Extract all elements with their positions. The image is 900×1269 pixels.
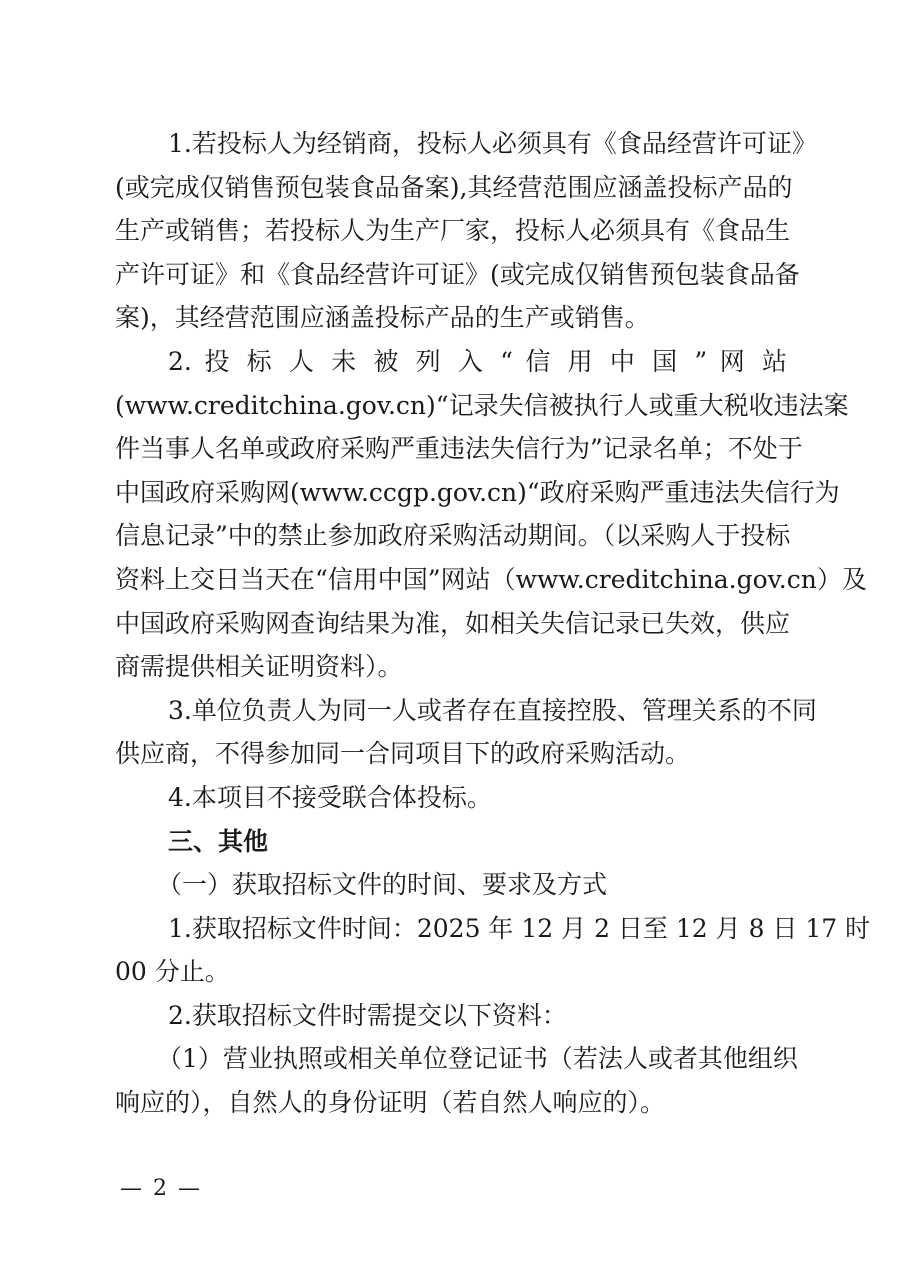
text-line: 产许可证》和《食品经营许可证》(或完成仅销售预包装食品备 xyxy=(115,253,787,297)
page-number: — 2 — xyxy=(120,1176,202,1201)
text-line: 4.本项目不接受联合体投标。 xyxy=(115,776,787,820)
text-line: 2. 投 标 人 未 被 列 入 “ 信 用 中 国 ” 网 站 xyxy=(115,340,787,384)
document-page: 1.若投标人为经销商，投标人必须具有《食品经营许可证》 (或完成仅销售预包装食品… xyxy=(115,122,787,1125)
text-line: (或完成仅销售预包装食品备案),其经营范围应涵盖投标产品的 xyxy=(115,166,787,210)
paragraph-req-1: 1.若投标人为经销商，投标人必须具有《食品经营许可证》 (或完成仅销售预包装食品… xyxy=(115,122,787,340)
text-line: 中国政府采购网查询结果为准，如相关失信记录已失效，供应 xyxy=(115,602,787,646)
text-line: 响应的），自然人的身份证明（若自然人响应的）。 xyxy=(115,1081,787,1125)
paragraph-req-3: 3.单位负责人为同一人或者存在直接控股、管理关系的不同 供应商，不得参加同一合同… xyxy=(115,689,787,776)
text-line: 件当事人名单或政府采购严重违法失信行为”记录名单；不处于 xyxy=(115,427,787,471)
subsection-heading: （一）获取招标文件的时间、要求及方式 xyxy=(115,863,787,907)
paragraph-req-4: 4.本项目不接受联合体投标。 xyxy=(115,776,787,820)
paragraph-req-2: 2. 投 标 人 未 被 列 入 “ 信 用 中 国 ” 网 站 (www.cr… xyxy=(115,340,787,689)
text-line: 供应商，不得参加同一合同项目下的政府采购活动。 xyxy=(115,732,787,776)
text-line: 3.单位负责人为同一人或者存在直接控股、管理关系的不同 xyxy=(115,689,787,733)
text-line: 00 分止。 xyxy=(115,950,787,994)
text-line: 生产或销售；若投标人为生产厂家，投标人必须具有《食品生 xyxy=(115,209,787,253)
text-line: 1.获取招标文件时间：2025 年 12 月 2 日至 12 月 8 日 17 … xyxy=(115,907,787,951)
text-line: 1.若投标人为经销商，投标人必须具有《食品经营许可证》 xyxy=(115,122,787,166)
paragraph-item-2: 2.获取招标文件时需提交以下资料： xyxy=(115,994,787,1038)
text-line: 资料上交日当天在“信用中国”网站（www.creditchina.gov.cn）… xyxy=(115,558,787,602)
text-line: 商需提供相关证明资料）。 xyxy=(115,645,787,689)
subsection-title: （一）获取招标文件的时间、要求及方式 xyxy=(115,863,787,907)
section-title: 三、其他 xyxy=(115,820,787,864)
text-line: 信息记录”中的禁止参加政府采购活动期间。（以采购人于投标 xyxy=(115,514,787,558)
paragraph-item-1: 1.获取招标文件时间：2025 年 12 月 2 日至 12 月 8 日 17 … xyxy=(115,907,787,994)
text-line: (www.creditchina.gov.cn)“记录失信被执行人或重大税收违法… xyxy=(115,384,787,428)
text-line: 中国政府采购网(www.ccgp.gov.cn)“政府采购严重违法失信行为 xyxy=(115,471,787,515)
text-line: （1）营业执照或相关单位登记证书（若法人或者其他组织 xyxy=(115,1037,787,1081)
text-line: 案)，其经营范围应涵盖投标产品的生产或销售。 xyxy=(115,296,787,340)
text-line: 2.获取招标文件时需提交以下资料： xyxy=(115,994,787,1038)
paragraph-item-2-1: （1）营业执照或相关单位登记证书（若法人或者其他组织 响应的），自然人的身份证明… xyxy=(115,1037,787,1124)
section-heading-other: 三、其他 xyxy=(115,820,787,864)
